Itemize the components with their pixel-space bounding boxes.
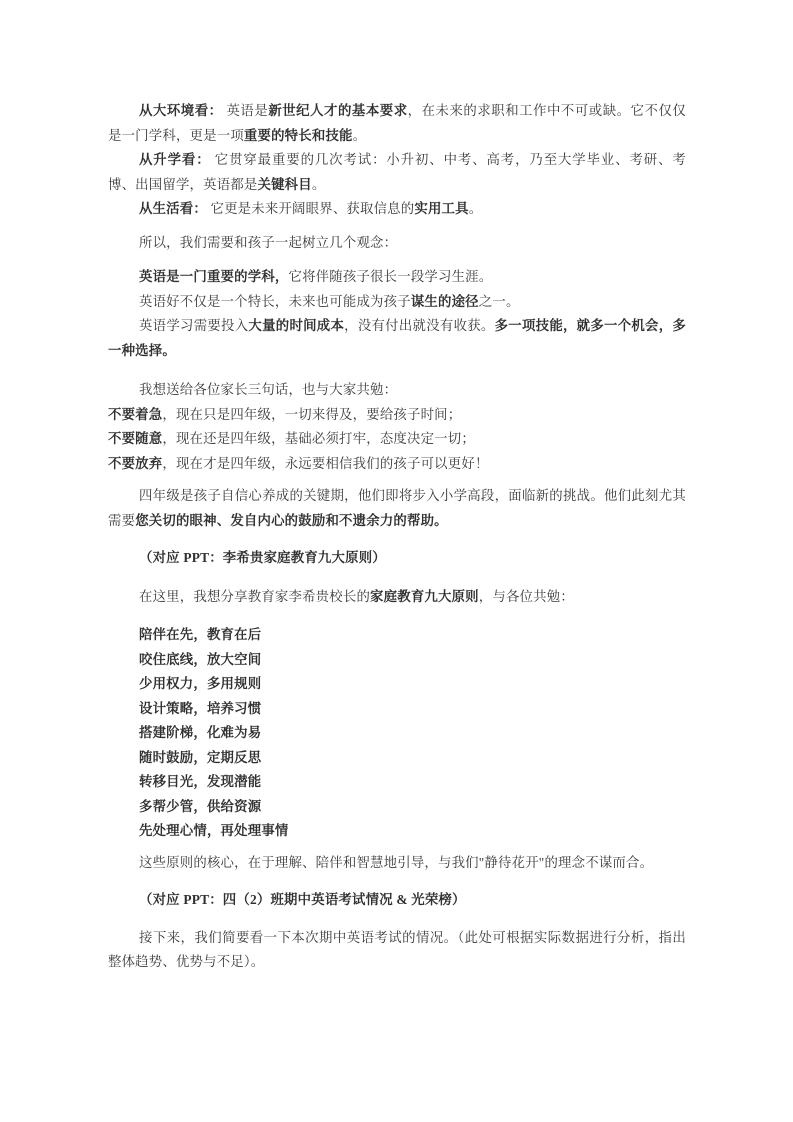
paragraph: 不要着急，现在只是四年级，一切来得及，要给孩子时间； [108,403,686,428]
bold-text-run: 不要着急 [108,407,162,422]
paragraph: （对应 PPT：四（2）班期中英语考试情况 & 光荣榜） [108,888,686,913]
empty-paragraph [108,533,686,546]
paragraph: 在这里，我想分享教育家李希贵校长的家庭教育九大原则，与各位共勉： [108,585,686,610]
document-body: 从大环境看： 英语是新世纪人才的基本要求，在未来的求职和工作中不可或缺。它不仅仅… [108,99,686,975]
bold-text-run: 咬住底线，放大空间 [139,652,261,667]
bold-text-run: 从大环境看： [139,103,223,118]
bold-text-run: 少用权力，多用规则 [139,676,261,691]
bold-text-run: 多帮少管，供给资源 [139,799,261,814]
text-run: 英语是 [223,103,269,118]
text-run: 英语学习需要投入 [139,318,248,333]
paragraph: 多帮少管，供给资源 [108,795,686,820]
paragraph: 搭建阶梯，化难为易 [108,721,686,746]
paragraph: 这些原则的核心，在于理解、陪伴和智慧地引导，与我们"静待花开"的理念不谋而合。 [108,851,686,876]
text-run: ，现在才是四年级，永远要相信我们的孩子可以更好！ [162,456,488,471]
text-run: 这些原则的核心，在于理解、陪伴和智慧地引导，与我们"静待花开"的理念不谋而合。 [139,855,653,870]
document-page: 从大环境看： 英语是新世纪人才的基本要求，在未来的求职和工作中不可或缺。它不仅仅… [0,0,793,1122]
paragraph: 英语好不仅是一个特长，未来也可能成为孩子谋生的途径之一。 [108,290,686,315]
bold-text-run: 先处理心情，再处理事情 [139,823,289,838]
paragraph: 四年级是孩子自信心养成的关键期，他们即将步入小学高段，面临新的挑战。他们此刻尤其… [108,484,686,533]
paragraph: 不要随意，现在还是四年级，基础必须打牢，态度决定一切； [108,427,686,452]
bold-text-run: 从生活看： [139,201,207,216]
bold-text-run: 重要的特长和技能 [244,128,353,143]
bold-text-run: 随时鼓励，定期反思 [139,750,261,765]
paragraph: 陪伴在先，教育在后 [108,623,686,648]
bold-text-run: 新世纪人才的基本要求 [268,103,407,118]
text-run: 之一。 [479,294,520,309]
paragraph: 随时鼓励，定期反思 [108,746,686,771]
text-run: 英语好不仅是一个特长，未来也可能成为孩子 [139,294,411,309]
paragraph: 我想送给各位家长三句话，也与大家共勉： [108,378,686,403]
empty-paragraph [108,476,686,484]
empty-paragraph [108,255,686,265]
bold-text-run: 不要放弃 [108,456,162,471]
paragraph: 转移目光，发现潜能 [108,770,686,795]
bold-text-run: （对应 PPT：四（2）班期中英语考试情况 & 光荣榜） [139,892,466,907]
paragraph: 英语学习需要投入大量的时间成本，没有付出就没有收获。多一项技能，就多一个机会，多… [108,314,686,363]
bold-text-run: 关键科目 [258,177,312,192]
text-run: 所以，我们需要和孩子一起树立几个观念： [139,235,397,250]
bold-text-run: 转移目光，发现潜能 [139,774,261,789]
empty-paragraph [108,875,686,888]
text-run: 接下来，我们简要看一下本次期中英语考试的情况。（此处可根据实际数据进行分析，指出… [108,930,686,970]
text-run: 。 [312,177,326,192]
text-run: 它更是未来开阔眼界、获取信息的 [207,201,414,216]
bold-text-run: 大量的时间成本 [248,318,344,333]
paragraph: 从大环境看： 英语是新世纪人才的基本要求，在未来的求职和工作中不可或缺。它不仅仅… [108,99,686,148]
empty-paragraph [108,844,686,851]
bold-text-run: 家庭教育九大原则 [370,589,479,604]
text-run: ，现在还是四年级，基础必须打牢，态度决定一切； [162,431,475,446]
paragraph: 所以，我们需要和孩子一起树立几个观念： [108,231,686,256]
text-run: 我想送给各位家长三句话，也与大家共勉： [139,382,397,397]
paragraph: （对应 PPT：李希贵家庭教育九大原则） [108,546,686,571]
bold-text-run: 您关切的眼神、发自内心的鼓励和不遗余力的帮助。 [135,513,448,528]
empty-paragraph [108,609,686,623]
empty-paragraph [108,222,686,231]
paragraph: 从生活看： 它更是未来开阔眼界、获取信息的实用工具。 [108,197,686,222]
text-run: ，没有付出就没有收获。 [344,318,494,333]
text-run: 在这里，我想分享教育家李希贵校长的 [139,589,370,604]
text-run: 它将伴随孩子很长一段学习生涯。 [289,269,493,284]
empty-paragraph [108,363,686,378]
bold-text-run: 搭建阶梯，化难为易 [139,725,261,740]
paragraph: 设计策略，培养习惯 [108,697,686,722]
text-run: ，现在只是四年级，一切来得及，要给孩子时间； [162,407,461,422]
bold-text-run: （对应 PPT：李希贵家庭教育九大原则） [139,550,386,565]
bold-text-run: 谋生的途径 [411,294,479,309]
bold-text-run: 不要随意 [108,431,162,446]
paragraph: 咬住底线，放大空间 [108,648,686,673]
text-run: ，与各位共勉： [479,589,574,604]
bold-text-run: 实用工具 [414,201,468,216]
text-run: 。 [469,201,483,216]
paragraph: 不要放弃，现在才是四年级，永远要相信我们的孩子可以更好！ [108,452,686,477]
paragraph: 接下来，我们简要看一下本次期中英语考试的情况。（此处可根据实际数据进行分析，指出… [108,926,686,975]
text-run: 。 [353,128,367,143]
bold-text-run: 设计策略，培养习惯 [139,701,261,716]
bold-text-run: 英语是一门重要的学科， [139,269,289,284]
paragraph: 先处理心情，再处理事情 [108,819,686,844]
paragraph: 英语是一门重要的学科，它将伴随孩子很长一段学习生涯。 [108,265,686,290]
bold-text-run: 陪伴在先，教育在后 [139,627,261,642]
empty-paragraph [108,913,686,926]
paragraph: 从升学看： 它贯穿最重要的几次考试：小升初、中考、高考，乃至大学毕业、考研、考博… [108,148,686,197]
paragraph: 少用权力，多用规则 [108,672,686,697]
empty-paragraph [108,571,686,585]
bold-text-run: 从升学看： [139,152,211,167]
